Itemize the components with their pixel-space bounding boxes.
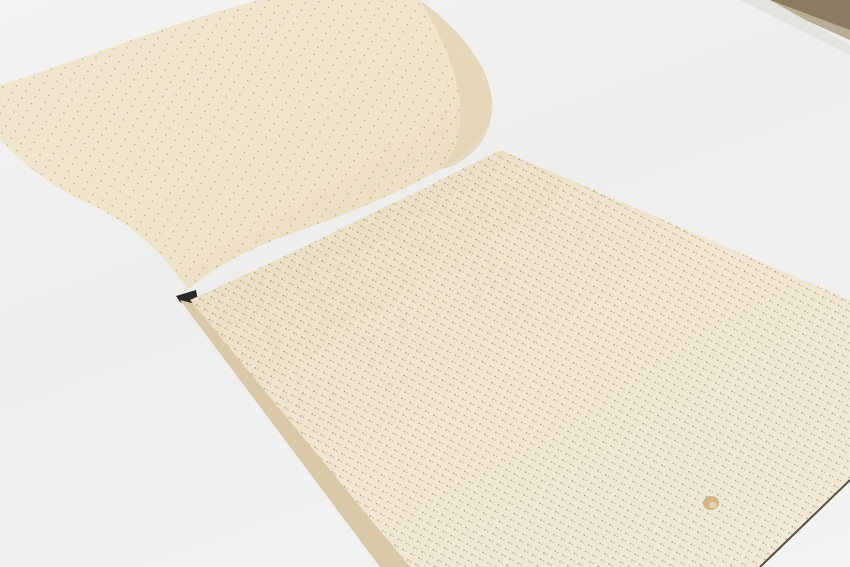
book-illustration xyxy=(0,0,850,567)
photo-scene xyxy=(0,0,850,567)
